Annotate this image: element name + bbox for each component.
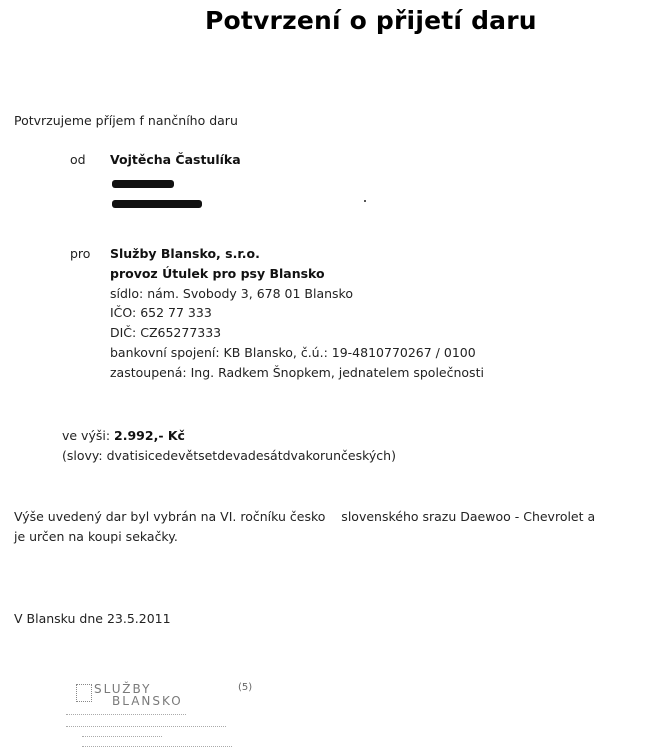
company-stamp: SLUŽBY BLANSKO (5) xyxy=(62,680,247,750)
purpose-line-1: Výše uvedený dar byl vybrán na VI. roční… xyxy=(14,509,595,524)
stamp-logo-icon xyxy=(76,684,92,702)
amount-value: 2.992,- Kč xyxy=(114,428,185,443)
recipient-seat: sídlo: nám. Svobody 3, 678 01 Blansko xyxy=(110,286,353,301)
recipient-dic: DIČ: CZ65277333 xyxy=(110,325,221,340)
stamp-rule-1 xyxy=(66,714,186,715)
recipient-company: Služby Blansko, s.r.o. xyxy=(110,246,260,261)
redacted-address-line-2 xyxy=(112,200,202,208)
stamp-rule-4 xyxy=(82,746,232,747)
amount-line: ve výši: 2.992,- Kč xyxy=(62,428,185,443)
stamp-name-line-2: BLANSKO xyxy=(112,694,183,708)
stamp-number: (5) xyxy=(238,682,252,693)
stamp-rule-3 xyxy=(82,736,162,737)
document-title: Potvrzení o přijetí daru xyxy=(205,6,537,35)
recipient-branch: provoz Útulek pro psy Blansko xyxy=(110,266,325,281)
recipient-bank: bankovní spojení: KB Blansko, č.ú.: 19-4… xyxy=(110,345,476,360)
purpose-line-2: je určen na koupi sekačky. xyxy=(14,529,178,544)
recipient-label: pro xyxy=(70,246,90,261)
amount-label: ve výši: xyxy=(62,428,114,443)
stamp-rule-2 xyxy=(66,726,226,727)
recipient-ico: IČO: 652 77 333 xyxy=(110,305,212,320)
place-date: V Blansku dne 23.5.2011 xyxy=(14,611,171,626)
recipient-represented: zastoupená: Ing. Radkem Šnopkem, jednate… xyxy=(110,365,484,380)
amount-words: (slovy: dvatisicedevětsetdevadesátdvakor… xyxy=(62,448,396,463)
intro-text: Potvrzujeme příjem f nančního daru xyxy=(14,113,238,128)
scan-speck xyxy=(364,200,366,202)
redacted-address-line-1 xyxy=(112,180,174,188)
donor-label: od xyxy=(70,152,86,167)
donor-name: Vojtěcha Častulíka xyxy=(110,152,241,167)
